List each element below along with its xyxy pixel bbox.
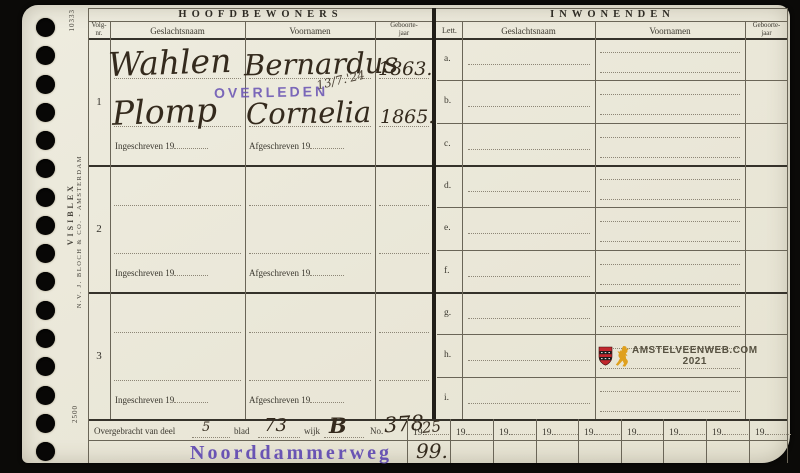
binding-hole: [36, 131, 55, 150]
binding-hole: [36, 188, 55, 207]
brand-text: VISIBLEX: [66, 183, 75, 245]
handwritten-wijk: B: [329, 415, 347, 436]
year-cell: 19.: [706, 419, 750, 463]
section-title-inwonenden: INWONENDEN: [437, 9, 788, 20]
hoofdbewoners-row-2: 2 Ingeschreven 19 Afgeschreven 19: [88, 165, 433, 292]
label-text: Afgeschreven 19: [249, 141, 310, 151]
column-header-lett: Lett.: [437, 26, 462, 35]
year-cell: 19.: [621, 419, 664, 463]
year-text: 19.: [755, 428, 767, 438]
handwritten-year-25: 25: [421, 419, 442, 436]
binding-hole: [36, 159, 55, 178]
column-header-text: jaar: [399, 30, 409, 37]
label-text: Afgeschreven 19: [249, 395, 310, 405]
year-label: 19.: [542, 426, 578, 438]
write-line: [379, 253, 429, 254]
column-header-text: jaar: [761, 30, 771, 37]
letter-label: h.: [444, 350, 451, 360]
inwonenden-row-c: c.: [437, 123, 788, 165]
binding-hole: [36, 386, 55, 405]
write-line: [468, 276, 590, 277]
dotted-leader: [468, 426, 492, 435]
column-header-text: Geboorte-: [753, 22, 781, 29]
year-label: 19.: [627, 426, 663, 438]
watermark: AMSTELVEENWEB.COM 2021: [598, 345, 758, 367]
write-line: [114, 253, 241, 254]
column-header-geboortejaar-r: Geboorte- jaar: [745, 22, 788, 37]
dotted-leader: [258, 437, 300, 438]
inwonenden-row-d: d.: [437, 165, 788, 207]
write-line: [468, 191, 590, 192]
year-label: 19.: [499, 426, 535, 438]
afgeschreven-label: Afgeschreven 19: [249, 393, 344, 405]
column-header-volgnr: Volg- nr.: [88, 22, 110, 37]
column-header-geslachtsnaam-r: Geslachtsnaam: [462, 26, 595, 36]
year-label: 19.: [669, 426, 705, 438]
year-label: 19.: [712, 426, 748, 438]
watermark-text: AMSTELVEENWEB.COM 2021: [632, 345, 758, 367]
inwonenden-row-e: e.: [437, 207, 788, 249]
year-text: 19.: [456, 428, 468, 438]
amstelveen-shield-icon: [598, 346, 613, 366]
write-line: [379, 205, 429, 206]
binding-hole: [36, 414, 55, 433]
binding-hole: [36, 216, 55, 235]
handwritten-surname-1: Wahlen: [107, 44, 231, 81]
column-header-text: Geboorte-: [390, 22, 418, 29]
handwritten-deel: 5: [202, 421, 210, 434]
letter-label: f.: [444, 266, 450, 276]
write-line: [600, 284, 740, 285]
year-text: 19.: [542, 428, 554, 438]
binding-hole: [36, 272, 55, 291]
binding-hole: [36, 18, 55, 37]
write-line: [600, 221, 740, 222]
hoofdbewoners-row-3: 3 Ingeschreven 19 Afgeschreven 19: [88, 292, 433, 419]
letter-label: b.: [444, 96, 451, 106]
letter-label: a.: [444, 54, 451, 64]
dotted-leader: [596, 426, 620, 435]
inwonenden-row-g: g.: [437, 292, 788, 334]
year-cell: 19.: [493, 419, 537, 463]
binding-hole: [36, 301, 55, 320]
write-line: [379, 380, 429, 381]
letter-label: e.: [444, 223, 451, 233]
write-line: [468, 360, 590, 361]
year-text: 19.: [584, 428, 596, 438]
write-line: [379, 332, 429, 333]
write-line: [600, 137, 740, 138]
row-number: 3: [88, 292, 110, 419]
dotted-leader: [554, 426, 578, 435]
binding-hole: [36, 442, 55, 461]
write-line: [600, 114, 740, 115]
write-line: [600, 368, 740, 369]
year-label: 19.: [755, 426, 791, 438]
handwritten-surname-2: Plomp: [111, 93, 217, 130]
column-header-text: nr.: [96, 30, 103, 37]
letter-label: i.: [444, 393, 449, 403]
dotted-leader: [681, 426, 705, 435]
afgeschreven-label: Afgeschreven 19: [249, 139, 344, 151]
write-line: [600, 391, 740, 392]
write-line: [468, 318, 590, 319]
handwritten-firstname-1: Bernardus: [244, 49, 399, 81]
dotted-leader: [310, 266, 344, 276]
label-text: Ingeschreven 19: [115, 395, 174, 405]
handwritten-firstname-2: Cornelia: [246, 98, 372, 129]
dotted-leader: [511, 426, 535, 435]
write-line: [600, 306, 740, 307]
binding-hole: [36, 244, 55, 263]
scan-background: 10333 VISIBLEX N.V. J. BLOCH & CO. - AMS…: [0, 0, 800, 473]
write-line: [468, 149, 590, 150]
binding-hole: [36, 46, 55, 65]
write-line: [600, 72, 740, 73]
form-serial-top: 10333: [68, 9, 76, 32]
write-line: [600, 199, 740, 200]
handwritten-birthyear-1: 1863.: [378, 60, 432, 79]
binding-hole: [36, 329, 55, 348]
transfer-label-blad: blad: [234, 426, 250, 436]
transfer-label-wijk: wijk: [304, 426, 320, 436]
inwonenden-row-i: i.: [437, 377, 788, 419]
year-text: 19.: [499, 428, 511, 438]
label-text: Ingeschreven 19: [115, 268, 174, 278]
letter-label: c.: [444, 139, 451, 149]
section-title-hoofdbewoners: HOOFDBEWONERS: [88, 9, 433, 20]
write-line: [114, 380, 241, 381]
year-text: 19.: [712, 428, 724, 438]
dotted-leader: [639, 426, 663, 435]
manufacturer-text: N.V. J. BLOCH & CO. - AMSTERDAM: [76, 155, 83, 308]
dotted-leader: [724, 426, 748, 435]
dotted-leader: [192, 437, 230, 438]
dotted-leader: [174, 266, 208, 276]
binding-hole: [36, 357, 55, 376]
binding-hole: [36, 75, 55, 94]
column-header-geslachtsnaam: Geslachtsnaam: [110, 26, 245, 36]
write-line: [114, 205, 241, 206]
write-line: [600, 157, 740, 158]
write-line: [600, 411, 740, 412]
year-cell: 19.: [749, 419, 788, 463]
write-line: [600, 264, 740, 265]
handwritten-house-number: 99.: [416, 441, 448, 461]
column-header-text: Volg-: [92, 22, 107, 29]
transfer-label-no: No.: [370, 426, 383, 436]
write-line: [600, 241, 740, 242]
transfer-label-deel: Overgebracht van deel: [94, 426, 175, 436]
form-serial-bottom: 2500: [71, 405, 79, 423]
binding-hole: [36, 103, 55, 122]
year-cell: 19.: [536, 419, 579, 463]
dotted-leader: [310, 139, 344, 149]
lion-icon: [615, 345, 630, 367]
row-number: 2: [88, 165, 110, 292]
write-line: [249, 253, 371, 254]
dotted-leader: [174, 139, 208, 149]
write-line: [114, 332, 241, 333]
column-header-geboortejaar: Geboorte- jaar: [375, 22, 433, 37]
write-line: [468, 233, 590, 234]
grid-line: [88, 21, 788, 22]
register-table: HOOFDBEWONERS INWONENDEN Volg- nr. Gesla…: [88, 8, 788, 464]
street-stamp: Noorddammerweg: [176, 442, 406, 465]
afgeschreven-label: Afgeschreven 19: [249, 266, 344, 278]
dotted-leader: [767, 426, 791, 435]
letter-label: d.: [444, 181, 451, 191]
ingeschreven-label: Ingeschreven 19: [115, 266, 208, 278]
label-text: Ingeschreven 19: [115, 141, 174, 151]
year-cell: 19.: [450, 419, 494, 463]
dotted-leader: [174, 393, 208, 403]
inwonenden-row-a: a.: [437, 38, 788, 80]
handwritten-blad: 73: [264, 417, 287, 435]
dotted-leader: [310, 393, 344, 403]
write-line: [249, 205, 371, 206]
watermark-year: 2021: [683, 356, 707, 367]
year-text: 19.: [669, 428, 681, 438]
write-line: [468, 64, 590, 65]
label-text: Afgeschreven 19: [249, 268, 310, 278]
year-cell: 19.: [663, 419, 707, 463]
year-label: 19.: [456, 426, 492, 438]
write-line: [249, 332, 371, 333]
write-line: [600, 52, 740, 53]
write-line: [600, 326, 740, 327]
write-line: [600, 94, 740, 95]
column-header-voornamen: Voornamen: [245, 26, 375, 36]
write-line: [249, 380, 371, 381]
inwonenden-row-f: f.: [437, 250, 788, 292]
write-line: [468, 403, 590, 404]
write-line: [600, 179, 740, 180]
register-card: 10333 VISIBLEX N.V. J. BLOCH & CO. - AMS…: [22, 5, 790, 463]
year-label: 19.: [584, 426, 620, 438]
column-header-voornamen-r: Voornamen: [595, 26, 745, 36]
year-cell: 19.: [578, 419, 622, 463]
handwritten-birthyear-2: 1865.: [380, 108, 434, 127]
year-text: 19.: [627, 428, 639, 438]
ingeschreven-label: Ingeschreven 19: [115, 393, 208, 405]
write-line: [468, 106, 590, 107]
letter-label: g.: [444, 308, 451, 318]
inwonenden-row-b: b.: [437, 80, 788, 122]
row-number: 1: [88, 38, 110, 165]
watermark-site: AMSTELVEENWEB.COM: [632, 345, 758, 356]
ingeschreven-label: Ingeschreven 19: [115, 139, 208, 151]
